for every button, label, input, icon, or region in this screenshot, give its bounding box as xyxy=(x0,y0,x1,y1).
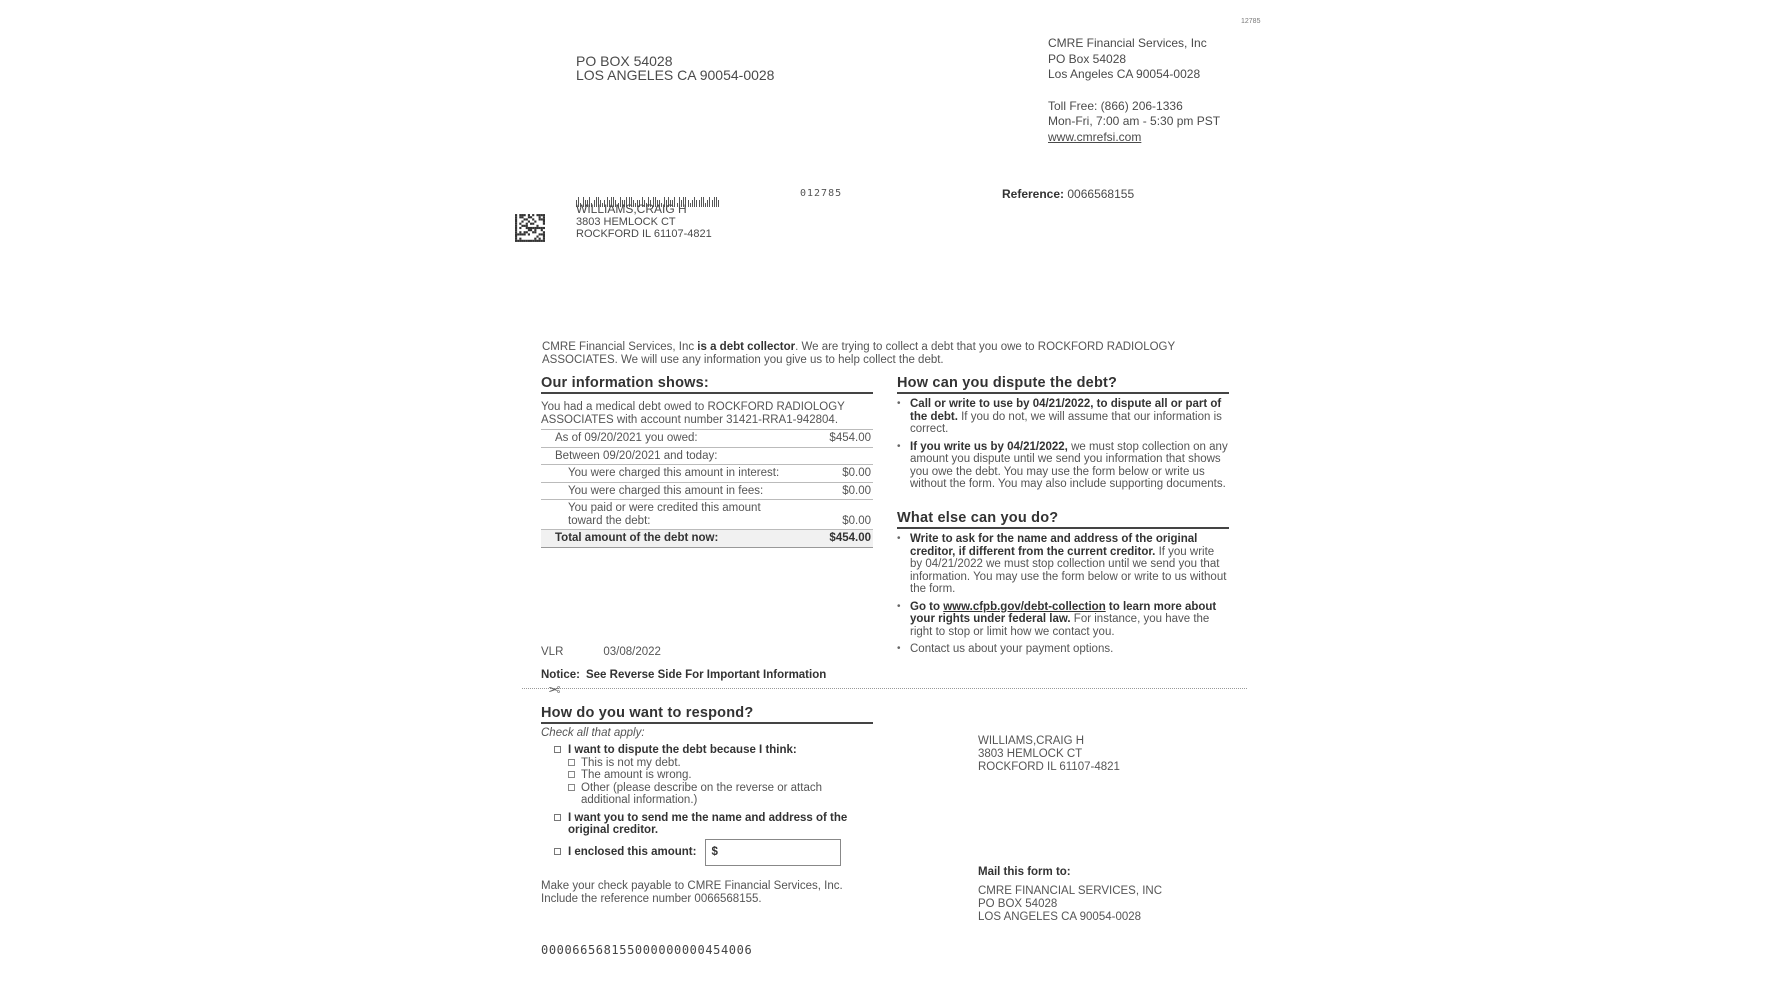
what-else-item: Go to www.cfpb.gov/debt-collection to le… xyxy=(897,601,1229,639)
respond-section: How do you want to respond? Check all th… xyxy=(541,705,873,866)
dispute-section: How can you dispute the debt? Call or wr… xyxy=(897,375,1229,496)
info-row-value: $0.00 xyxy=(842,467,871,480)
return-address: PO BOX 54028 LOS ANGELES CA 90054-0028 xyxy=(576,54,774,82)
respond-section-title: How do you want to respond? xyxy=(541,705,873,724)
info-row-interest: You were charged this amount in interest… xyxy=(541,465,873,483)
what-else-section: What else can you do? Write to ask for t… xyxy=(897,510,1229,661)
payable-instructions: Make your check payable to CMRE Financia… xyxy=(541,880,843,906)
mail-to-address-line-1: PO BOX 54028 xyxy=(978,898,1162,911)
reference-value: 0066568155 xyxy=(1067,187,1134,201)
return-address-line-1: PO BOX 54028 xyxy=(576,54,774,68)
form-recipient-name: WILLIAMS,CRAIG H xyxy=(978,735,1120,748)
form-recipient-address: WILLIAMS,CRAIG H 3803 HEMLOCK CT ROCKFOR… xyxy=(978,735,1120,774)
suboption-other: Other (please describe on the reverse or… xyxy=(568,782,841,807)
recipient-name: WILLIAMS,CRAIG H xyxy=(576,203,712,216)
recipient-city: ROCKFORD IL 61107-4821 xyxy=(576,228,712,240)
total-value: $454.00 xyxy=(829,532,871,545)
info-row-label: You were charged this amount in interest… xyxy=(541,467,779,480)
info-row-label: As of 09/20/2021 you owed: xyxy=(541,432,698,445)
notice-line: Notice:See Reverse Side For Important In… xyxy=(541,669,826,681)
total-label: Total amount of the debt now: xyxy=(541,532,718,545)
payable-line-1: Make your check payable to CMRE Financia… xyxy=(541,880,843,893)
cfpb-link[interactable]: www.cfpb.gov/debt-collection xyxy=(943,601,1106,613)
info-row-value: $454.00 xyxy=(829,432,871,445)
info-row-value: $0.00 xyxy=(842,515,871,528)
info-row-between: Between 09/20/2021 and today: xyxy=(541,448,873,466)
form-recipient-city: ROCKFORD IL 61107-4821 xyxy=(978,761,1120,774)
option-dispute: I want to dispute the debt because I thi… xyxy=(541,744,873,807)
postal-barcode xyxy=(576,189,768,199)
notice-text: See Reverse Side For Important Informati… xyxy=(586,669,826,681)
vlr-date: 03/08/2022 xyxy=(603,646,661,658)
form-recipient-street: 3803 HEMLOCK CT xyxy=(978,748,1120,761)
info-row-owed: As of 09/20/2021 you owed: $454.00 xyxy=(541,430,873,448)
suboption-label: The amount is wrong. xyxy=(581,769,692,781)
vlr-label: VLR xyxy=(541,646,563,658)
option-creditor-label: I want you to send me the name and addre… xyxy=(568,812,847,837)
amount-prefix: $ xyxy=(711,846,717,859)
mail-sequence-number: 012785 xyxy=(800,188,842,199)
intro-bold: is a debt collector xyxy=(697,341,795,353)
checkbox-other[interactable] xyxy=(568,784,575,791)
option-creditor: I want you to send me the name and addre… xyxy=(541,812,858,837)
recipient-address: WILLIAMS,CRAIG H 3803 HEMLOCK CT ROCKFOR… xyxy=(576,203,712,240)
checkbox-not-my-debt[interactable] xyxy=(568,759,575,766)
what-else-item-prefix: Go to xyxy=(910,601,943,613)
info-row-label: Between 09/20/2021 and today: xyxy=(541,450,717,463)
dispute-section-title: How can you dispute the debt? xyxy=(897,375,1229,394)
company-hours: Mon-Fri, 7:00 am - 5:30 pm PST xyxy=(1048,114,1220,130)
dispute-item: If you write us by 04/21/2022, we must s… xyxy=(897,441,1229,491)
company-phone: Toll Free: (866) 206-1336 xyxy=(1048,99,1220,115)
info-section: Our information shows: You had a medical… xyxy=(541,375,873,548)
checkbox-creditor[interactable] xyxy=(554,814,561,821)
page-code: 12785 xyxy=(1241,18,1260,25)
suboption-label: Other (please describe on the reverse or… xyxy=(581,782,822,807)
vlr-line: VLR03/08/2022 xyxy=(541,646,661,658)
company-address-line-2: Los Angeles CA 90054-0028 xyxy=(1048,67,1220,83)
mail-to-block: Mail this form to: CMRE FINANCIAL SERVIC… xyxy=(978,866,1162,924)
company-contact-block: CMRE Financial Services, Inc PO Box 5402… xyxy=(1048,36,1220,145)
datamatrix-code-icon xyxy=(515,214,545,242)
intro-text-1: CMRE Financial Services, Inc xyxy=(542,341,697,353)
return-address-line-2: LOS ANGELES CA 90054-0028 xyxy=(576,68,774,82)
reference-number: Reference: 0066568155 xyxy=(1002,187,1134,201)
mail-to-heading: Mail this form to: xyxy=(978,866,1162,879)
ocr-scan-line: 000066568155000000000454006 xyxy=(541,943,752,957)
recipient-street: 3803 HEMLOCK CT xyxy=(576,216,712,228)
suboption-not-my-debt: This is not my debt. xyxy=(568,757,873,770)
reference-label: Reference: xyxy=(1002,187,1064,201)
info-row-label: You paid or were credited this amount to… xyxy=(541,502,798,527)
info-section-title: Our information shows: xyxy=(541,375,873,394)
option-dispute-label: I want to dispute the debt because I thi… xyxy=(568,744,797,756)
dispute-item-bold: If you write us by 04/21/2022, xyxy=(910,441,1068,453)
mail-to-address-line-2: LOS ANGELES CA 90054-0028 xyxy=(978,911,1162,924)
intro-statement: CMRE Financial Services, Inc is a debt c… xyxy=(542,341,1232,366)
scissors-icon: ✂ xyxy=(548,680,561,698)
payable-line-2: Include the reference number 0066568155. xyxy=(541,893,843,906)
checkbox-amount[interactable] xyxy=(554,848,561,855)
what-else-item-text: Contact us about your payment options. xyxy=(910,643,1113,655)
company-name: CMRE Financial Services, Inc xyxy=(1048,36,1220,52)
info-row-fees: You were charged this amount in fees: $0… xyxy=(541,483,873,501)
option-amount: I enclosed this amount: $ xyxy=(541,839,873,866)
dispute-item: Call or write to use by 04/21/2022, to d… xyxy=(897,398,1229,436)
suboption-amount-wrong: The amount is wrong. xyxy=(568,769,873,782)
info-row-total: Total amount of the debt now: $454.00 xyxy=(541,530,873,548)
respond-hint: Check all that apply: xyxy=(541,727,873,739)
checkbox-dispute[interactable] xyxy=(554,746,561,753)
option-amount-label: I enclosed this amount: xyxy=(568,846,696,859)
suboption-label: This is not my debt. xyxy=(581,757,681,769)
what-else-item: Contact us about your payment options. xyxy=(897,643,1229,656)
info-description: You had a medical debt owed to ROCKFORD … xyxy=(541,401,873,430)
company-address-line-1: PO Box 54028 xyxy=(1048,52,1220,68)
checkbox-amount-wrong[interactable] xyxy=(568,771,575,778)
what-else-item: Write to ask for the name and address of… xyxy=(897,533,1229,596)
what-else-section-title: What else can you do? xyxy=(897,510,1229,529)
info-row-value: $0.00 xyxy=(842,485,871,498)
mail-to-name: CMRE FINANCIAL SERVICES, INC xyxy=(978,885,1162,898)
tear-off-line xyxy=(522,688,1247,689)
amount-input[interactable]: $ xyxy=(705,839,841,866)
info-row-credited: You paid or were credited this amount to… xyxy=(541,500,873,530)
company-website-link[interactable]: www.cmrefsi.com xyxy=(1048,130,1220,146)
info-row-label: You were charged this amount in fees: xyxy=(541,485,763,498)
